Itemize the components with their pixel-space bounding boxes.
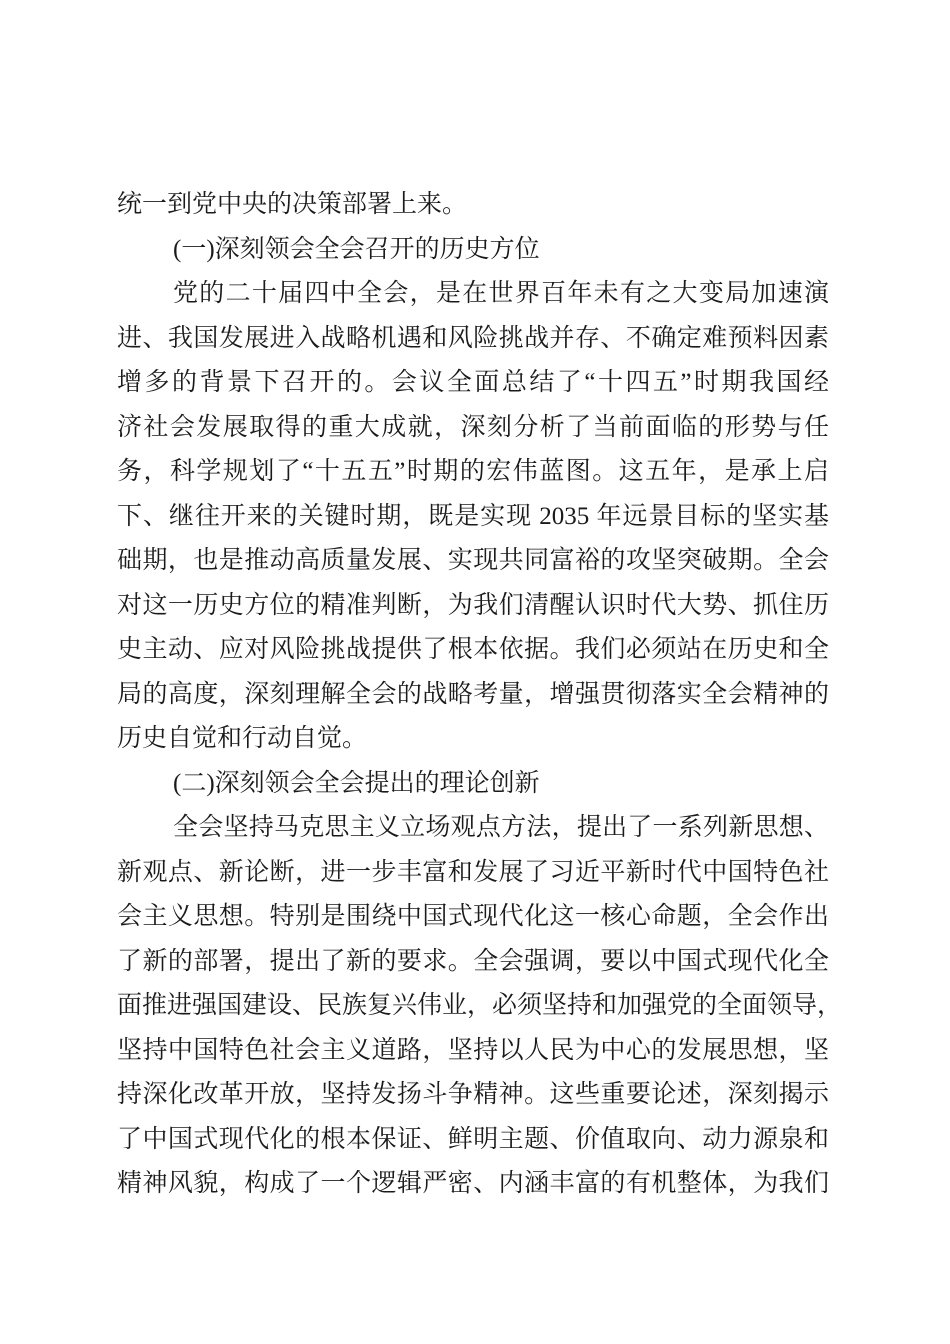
- text-line: 党的二十届四中全会，是在世界百年未有之大变局加速演: [117, 272, 829, 317]
- document-page: 统一到党中央的决策部署上来。(一)深刻领会全会召开的历史方位党的二十届四中全会，…: [0, 0, 950, 1344]
- text-line: 对这一历史方位的精准判断，为我们清醒认识时代大势、抓住历: [117, 584, 829, 629]
- text-line: 新观点、新论断，进一步丰富和发展了习近平新时代中国特色社: [117, 851, 829, 896]
- text-line: 历史自觉和行动自觉。: [117, 717, 829, 762]
- text-line: 持深化改革开放，坚持发扬斗争精神。这些重要论述，深刻揭示: [117, 1073, 829, 1118]
- text-line: 史主动、应对风险挑战提供了根本依据。我们必须站在历史和全: [117, 628, 829, 673]
- text-block: 统一到党中央的决策部署上来。(一)深刻领会全会召开的历史方位党的二十届四中全会，…: [117, 183, 829, 1207]
- text-line: 务，科学规划了“十五五”时期的宏伟蓝图。这五年，是承上启: [117, 450, 829, 495]
- text-line: 增多的背景下召开的。会议全面总结了“十四五”时期我国经: [117, 361, 829, 406]
- text-line: 会主义思想。特别是围绕中国式现代化这一核心命题，全会作出: [117, 895, 829, 940]
- text-line: 精神风貌，构成了一个逻辑严密、内涵丰富的有机整体，为我们: [117, 1162, 829, 1207]
- text-line: 面推进强国建设、民族复兴伟业，必须坚持和加强党的全面领导，: [117, 984, 829, 1029]
- section-heading: (二)深刻领会全会提出的理论创新: [117, 762, 829, 807]
- text-line: 了新的部署，提出了新的要求。全会强调，要以中国式现代化全: [117, 940, 829, 985]
- text-line: 坚持中国特色社会主义道路，坚持以人民为中心的发展思想，坚: [117, 1029, 829, 1074]
- text-line: 统一到党中央的决策部署上来。: [117, 183, 829, 228]
- text-line: 础期，也是推动高质量发展、实现共同富裕的攻坚突破期。全会: [117, 539, 829, 584]
- text-line: 了中国式现代化的根本保证、鲜明主题、价值取向、动力源泉和: [117, 1118, 829, 1163]
- text-line: 济社会发展取得的重大成就，深刻分析了当前面临的形势与任: [117, 406, 829, 451]
- text-line: 局的高度，深刻理解全会的战略考量，增强贯彻落实全会精神的: [117, 673, 829, 718]
- text-line: 下、继往开来的关键时期，既是实现 2035 年远景目标的坚实基: [117, 495, 829, 540]
- text-line: 进、我国发展进入战略机遇和风险挑战并存、不确定难预料因素: [117, 317, 829, 362]
- text-line: 全会坚持马克思主义立场观点方法，提出了一系列新思想、: [117, 806, 829, 851]
- section-heading: (一)深刻领会全会召开的历史方位: [117, 228, 829, 273]
